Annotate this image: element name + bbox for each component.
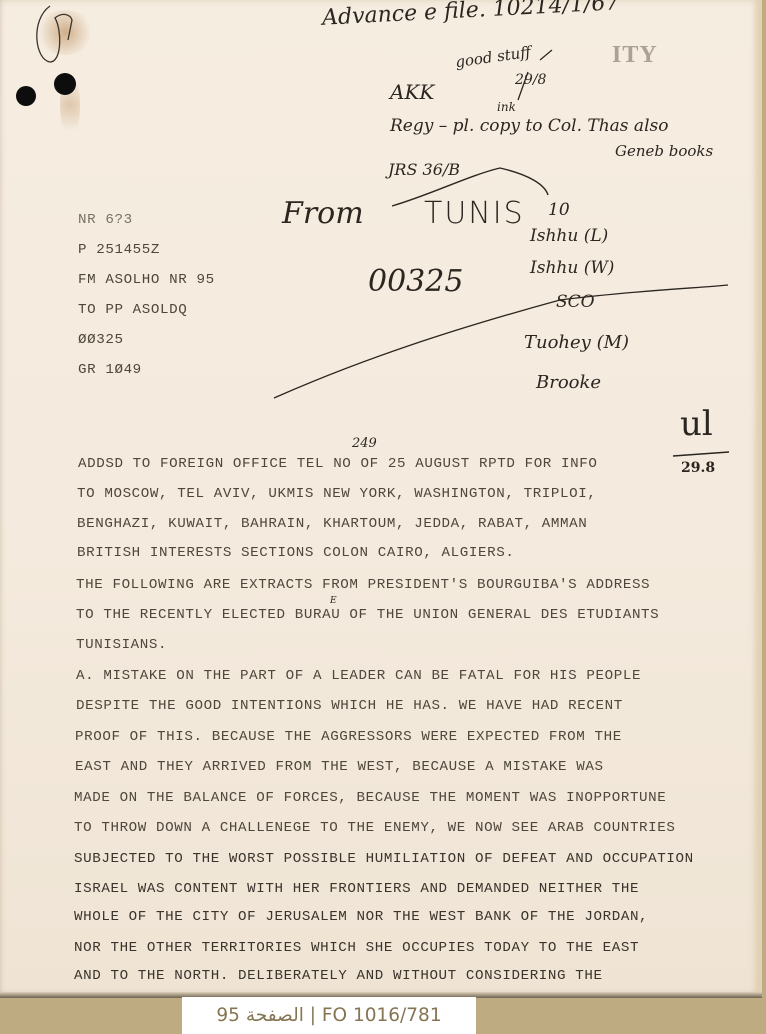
from-underline-stroke <box>392 168 548 206</box>
date-slash <box>518 72 528 100</box>
caption-page-number: 95 <box>216 1005 240 1026</box>
archive-caption: 95 الصفحة | FO 1016/781 <box>182 997 476 1034</box>
signature-underline <box>673 452 729 456</box>
caption-reference: FO 1016/781 <box>322 1005 442 1026</box>
document-page: ITY NR 6?3 P 251455Z FM ASOLHO NR 95 TO … <box>0 0 762 998</box>
caption-page-label: الصفحة <box>246 1005 304 1026</box>
pen-strokes <box>0 0 766 998</box>
initial-loop-mark <box>37 6 72 62</box>
distribution-cross-line <box>274 285 728 398</box>
good-stuff-tick <box>540 50 552 60</box>
